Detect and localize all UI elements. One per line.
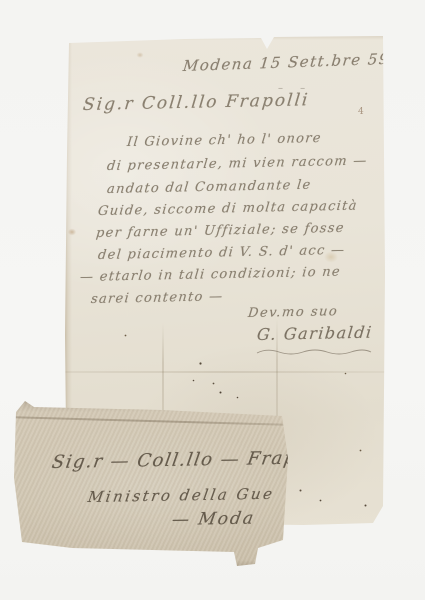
letter-body-line: per farne un' Uffiziale; se fosse [95,221,345,241]
envelope-address-line-1: Sig.r — Coll.llo — Frapol [50,447,318,473]
letter-body-line: Il Giovine ch' ho l' onore [126,131,322,150]
letter-body-line: sarei contento — [90,289,224,307]
fold-crease-horizontal [65,371,385,373]
envelope-address-line-3: — Moda [170,509,256,531]
envelope-address-line-2: Ministro della Gue [87,485,276,506]
letter-date: Modena 15 Sett.bre 59 [182,50,391,75]
letter-body-line: Guide, siccome di molta capacità [97,199,358,219]
signature-flourish [255,348,373,356]
pencil-mark-numeral: 4 [358,107,364,117]
envelope-fold-crease [14,416,286,426]
letter-body-line: di presentarle, mi vien raccom — [106,154,368,174]
letter-body-line: del piacimento di V. S. d' acc — [97,243,346,263]
envelope: Sig.r — Coll.llo — Frapol Ministro della… [12,398,290,570]
foxing-specks [65,35,66,36]
letter-body-line: andato dal Comandante le [106,178,312,197]
letter-salutation: Sig.r Coll.llo Frapolli [82,90,310,115]
letter-signature: G. Garibaldi [256,323,374,344]
photo-background: Modena 15 Sett.bre 59 – – 4 Sig.r Coll.l… [0,0,425,600]
letter-closing: Dev.mo suo [247,304,339,321]
letter-body-line: — ettarlo in tali condizioni; io ne [79,265,341,286]
